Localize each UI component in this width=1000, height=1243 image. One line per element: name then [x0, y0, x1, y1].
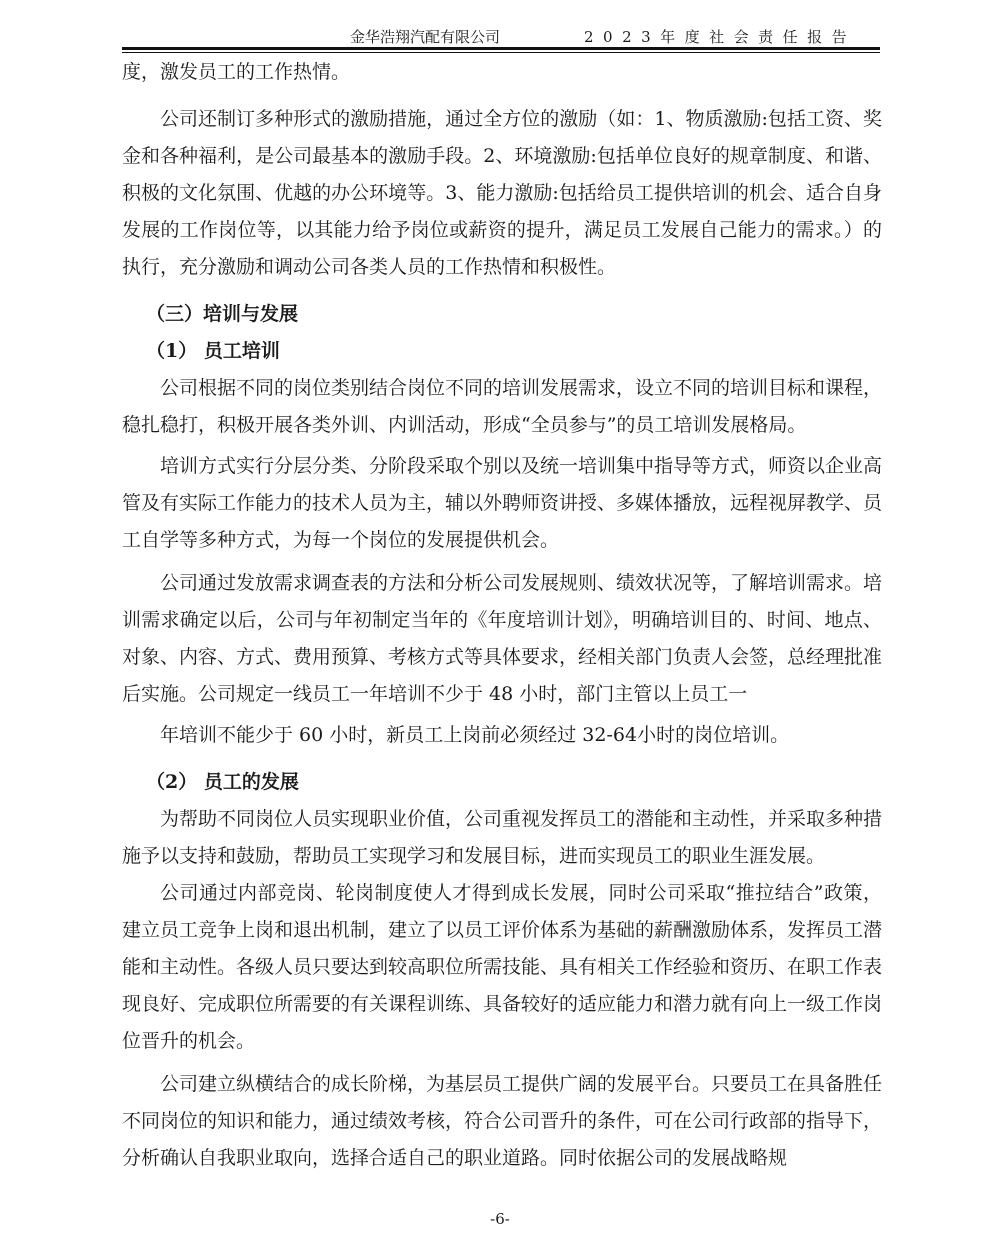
paragraph-continuation: 度，激发员工的工作热情。 [122, 54, 882, 91]
subsection-heading-employee-development: （2） 员工的发展 [122, 764, 882, 801]
spacer [122, 91, 882, 101]
header-company-name: 金华浩翔汽配有限公司 [350, 26, 500, 47]
page-number: -6- [0, 1210, 1000, 1228]
paragraph-training-goals: 公司根据不同的岗位类别结合岗位不同的培训发展需求，设立不同的培训目标和课程，稳扎… [122, 370, 882, 444]
paragraph-career-value: 为帮助不同岗位人员实现职业价值，公司重视发挥员工的潜能和主动性，并采取多种措施予… [122, 801, 882, 875]
page-body: 度，激发员工的工作热情。 公司还制订多种形式的激励措施，通过全方位的激励（如：1… [122, 54, 882, 1177]
section-heading-training-development: （三）培训与发展 [122, 296, 882, 333]
paragraph-training-methods: 培训方式实行分层分类、分阶段采取个别以及统一培训集中指导等方式，师资以企业高管及… [122, 448, 882, 559]
paragraph-training-hours: 年培训不能少于 60 小时，新员工上岗前必须经过 32-64小时的岗位培训。 [122, 717, 882, 754]
header-rule-thin [122, 52, 880, 53]
paragraph-growth-ladder: 公司建立纵横结合的成长阶梯，为基层员工提供广阔的发展平台。只要员工在具备胜任不同… [122, 1066, 882, 1177]
page-header: 金华浩翔汽配有限公司 2023年度社会责任报告 [122, 26, 880, 48]
paragraph-training-needs: 公司通过发放需求调查表的方法和分析公司发展规则、绩效状况等，了解培训需求。培训需… [122, 565, 882, 713]
spacer [122, 754, 882, 764]
spacer [122, 286, 882, 296]
subsection-heading-employee-training: （1） 员工培训 [122, 333, 882, 370]
paragraph-promotion-policy: 公司通过内部竞岗、轮岗制度使人才得到成长发展，同时公司采取“推拉结合”政策，建立… [122, 875, 882, 1060]
header-rule-thick [122, 47, 880, 50]
header-report-title: 2023年度社会责任报告 [584, 26, 856, 47]
paragraph-incentives: 公司还制订多种形式的激励措施，通过全方位的激励（如：1、物质激励:包括工资、奖金… [122, 101, 882, 286]
